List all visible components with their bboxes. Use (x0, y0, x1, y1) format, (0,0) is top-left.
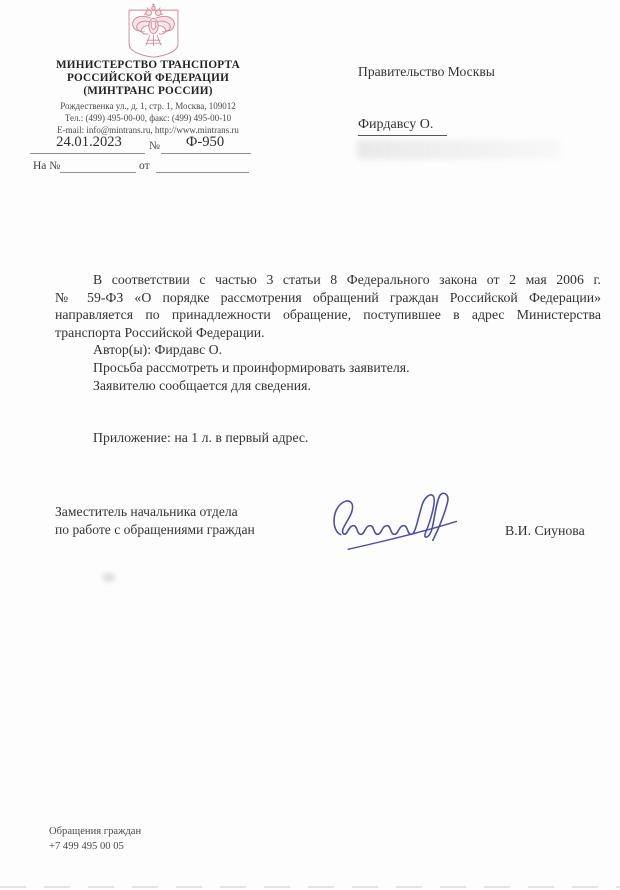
body-line-3: направляется по принадлежности обращение… (55, 306, 601, 324)
body-author-line: Автор(ы): Фирдавс О. (55, 341, 601, 359)
handwritten-signature-icon (326, 484, 468, 562)
letter-body: В соответствии с частью 3 статьи 8 Федер… (55, 271, 601, 394)
footer-phone: +7 499 495 00 05 (49, 841, 124, 852)
body-line-1: В соответствии с частью 3 статьи 8 Федер… (55, 271, 601, 289)
date-underline (30, 153, 145, 154)
body-notice-line: Заявителю сообщается для сведения. (55, 377, 601, 395)
letterhead-ministry-name: МИНИСТЕРСТВО ТРАНСПОРТА РОССИЙСКОЙ ФЕДЕР… (26, 59, 270, 99)
russia-coat-of-arms-icon (127, 3, 180, 58)
reference-from-label: от (139, 160, 150, 172)
body-line-4: транспорта Российской Федерации. (55, 324, 601, 342)
letterhead-contacts: Рождественка ул., д. 1, стр. 1, Москва, … (26, 101, 270, 136)
recipient-person-name: Фирдавсу О. (358, 117, 447, 136)
signer-position-line1: Заместитель начальника отдела (55, 503, 255, 521)
scan-smudge (101, 572, 117, 583)
document-date: 24.01.2023 (30, 134, 148, 151)
reference-number-label: На № (33, 160, 60, 172)
reference-number-underline (60, 172, 136, 173)
redacted-address-smudge (357, 140, 561, 159)
number-sign-label: № (149, 140, 160, 152)
ministry-name-line2: РОССИЙСКОЙ ФЕДЕРАЦИИ (26, 72, 270, 85)
document-number: Ф-950 (160, 134, 250, 151)
body-request-line: Просьба рассмотреть и проинформировать з… (55, 359, 601, 377)
letterhead-address: Рождественка ул., д. 1, стр. 1, Москва, … (26, 101, 270, 113)
recipient-organization: Правительство Москвы (358, 64, 495, 80)
ministry-name-line1: МИНИСТЕРСТВО ТРАНСПОРТА (26, 59, 270, 72)
scan-edge-artifact (0, 886, 620, 888)
attachment-line: Приложение: на 1 л. в первый адрес. (93, 430, 309, 446)
signer-position: Заместитель начальника отдела по работе … (55, 503, 255, 539)
signer-position-line2: по работе с обращениями граждан (55, 521, 255, 539)
signer-name: В.И. Сиунова (505, 523, 585, 539)
reference-date-underline (156, 172, 249, 173)
letterhead-phone: Тел.: (499) 495-00-00, факс: (499) 495-0… (26, 113, 270, 125)
ministry-name-line3: (МИНТРАНС РОССИИ) (26, 85, 270, 98)
number-underline (161, 153, 251, 154)
recipient-person: Фирдавсу О. (358, 117, 447, 136)
body-line-2: № 59-ФЗ «О порядке рассмотрения обращени… (55, 289, 601, 307)
footer-department: Обращения граждан (49, 826, 141, 837)
